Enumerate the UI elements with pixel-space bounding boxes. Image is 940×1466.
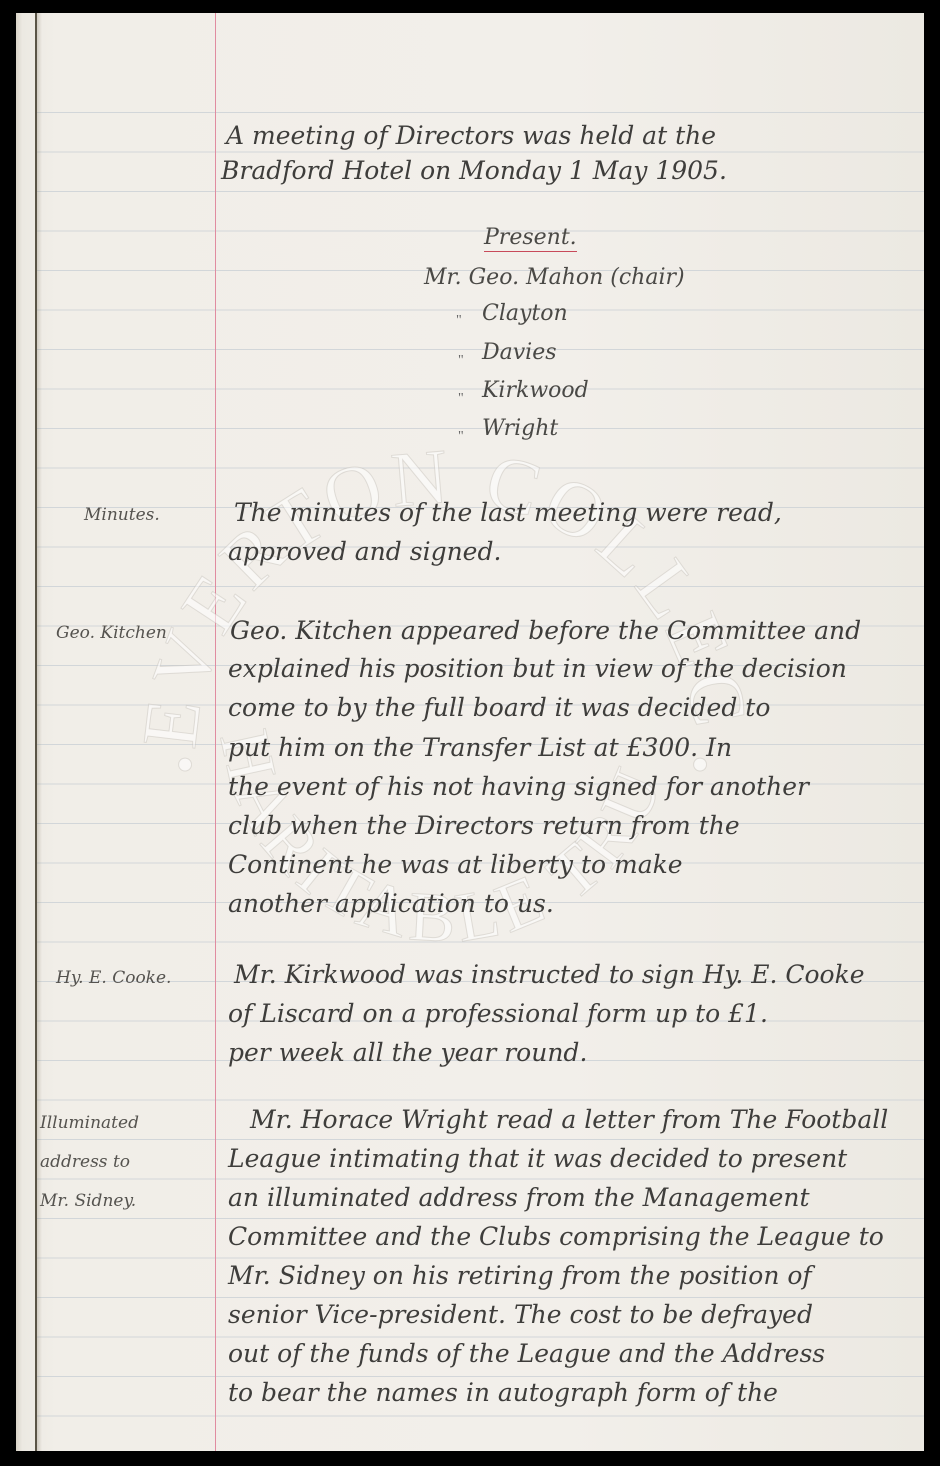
entry-kitchen-line-6: club when the Directors return from the [228,811,740,840]
margin-rule [215,13,216,1451]
entry-kitchen-line-4: put him on the Transfer List at £300. In [228,733,732,762]
margin-note-illuminated-1: Illuminated [40,1113,139,1133]
entry-kitchen-line-3: come to by the full board it was decided… [228,693,770,722]
binding-shadow [37,13,42,1451]
entry-kitchen-line-7: Continent he was at liberty to make [228,850,683,879]
present-name-1: Mr. Geo. Mahon (chair) [424,265,685,290]
margin-note-geo-kitchen: Geo. Kitchen [56,623,167,643]
entry-kitchen-line-2: explained his position but in view of th… [228,654,847,683]
entry-cooke-line-2: of Liscard on a professional form up to … [228,999,768,1028]
entry-illuminated-line-4: Committee and the Clubs comprising the L… [228,1222,884,1251]
entry-minutes-line-2: approved and signed. [228,537,501,566]
entry-illuminated-line-5: Mr. Sidney on his retiring from the posi… [228,1261,812,1290]
ditto-mark: " [458,353,464,369]
margin-note-minutes: Minutes. [84,505,160,525]
present-name-3: Davies [482,340,557,365]
margin-note-illuminated-2: address to [40,1152,130,1172]
margin-note-illuminated-3: Mr. Sidney. [40,1191,136,1211]
entry-illuminated-line-6: senior Vice-president. The cost to be de… [228,1300,813,1329]
present-name-2: Clayton [482,301,568,326]
entry-cooke-line-3: per week all the year round. [228,1038,587,1067]
entry-cooke-line-1: Mr. Kirkwood was instructed to sign Hy. … [234,960,865,989]
present-title: Present. [484,225,577,252]
margin-note-cooke: Hy. E. Cooke. [56,968,171,988]
entry-kitchen-line-8: another application to us. [228,889,554,918]
heading-line-1: A meeting of Directors was held at the [226,121,716,150]
entry-illuminated-line-2: League intimating that it was decided to… [228,1144,847,1173]
entry-minutes-line-1: The minutes of the last meeting were rea… [234,498,782,527]
present-name-4: Kirkwood [482,378,589,403]
heading-line-2: Bradford Hotel on Monday 1 May 1905. [221,156,727,185]
ditto-mark: " [456,313,462,329]
present-name-5: Wright [482,416,558,441]
ditto-mark: " [458,429,464,445]
page-edge [16,13,22,1451]
entry-illuminated-line-1: Mr. Horace Wright read a letter from The… [250,1105,888,1134]
entry-kitchen-line-5: the event of his not having signed for a… [228,772,809,801]
entry-illuminated-line-8: to bear the names in autograph form of t… [228,1378,778,1407]
minute-book-page: THE EVERTON COLLECTION CHARITABLE TRUST … [16,13,924,1451]
ditto-mark: " [458,391,464,407]
entry-illuminated-line-7: out of the funds of the League and the A… [228,1339,825,1368]
entry-kitchen-line-1: Geo. Kitchen appeared before the Committ… [230,616,861,645]
entry-illuminated-line-3: an illuminated address from the Manageme… [228,1183,810,1212]
